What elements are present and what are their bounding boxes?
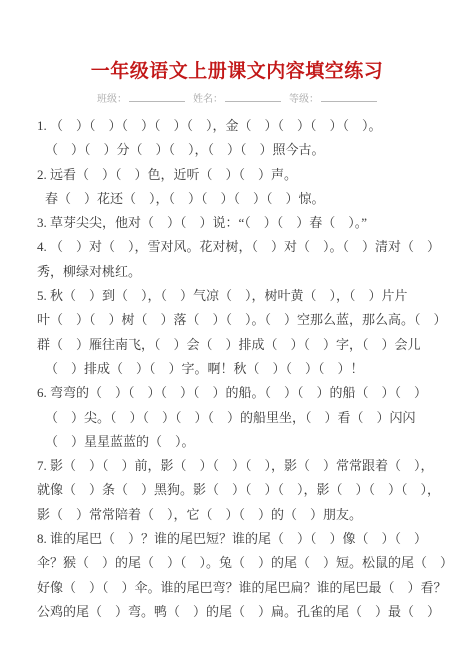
worksheet-title: 一年级语文上册课文内容填空练习 — [0, 0, 474, 83]
worksheet-line: 秀，柳绿对桃红。 — [37, 260, 450, 284]
worksheet-line: 伞？猴（ ）的尾（ ）（ ）。兔（ ）的尾（ ）短。松鼠的尾（ ） — [37, 551, 450, 575]
worksheet-line: 就像（ ）条（ ）黑狗。影（ ）（ ）（ ），影（ ）（ ）（ ）， — [37, 478, 450, 502]
worksheet-line: （ ）（ ）分（ ）（ ），（ ）（ ）照今古。 — [37, 138, 450, 162]
worksheet-body: 1. （ ）（ ）（ ）（ ）（ ），金（ ）（ ）（ ）（ ）。 （ ）（ ）… — [0, 105, 474, 624]
worksheet-line: （ ）排成（ ）（ ）字。啊！秋（ ）（ ）（ ）！ — [37, 357, 450, 381]
worksheet-line: 2. 远看（ ）（ ）色，近听（ ）（ ）声。 — [37, 163, 450, 187]
worksheet-line: 群（ ）雁往南飞，（ ）会（ ）排成（ ）（ ）字，（ ）会儿 — [37, 333, 450, 357]
worksheet-line: 好像（ ）（ ）伞。谁的尾巴弯？谁的尾巴扁？谁的尾巴最（ ）看？ — [37, 576, 450, 600]
worksheet-line: 5. 秋（ ）到（ ），（ ）气凉（ ），树叶黄（ ），（ ）片片 — [37, 284, 450, 308]
worksheet-line: 7. 影（ ）（ ）前，影（ ）（ ）（ ），影（ ）常常跟着（ ）， — [37, 454, 450, 478]
worksheet-line: （ ）星星蓝蓝的（ ）。 — [37, 430, 450, 454]
worksheet-line: 公鸡的尾（ ）弯。鸭（ ）的尾（ ）扁。孔雀的尾（ ）最（ ） — [37, 600, 450, 624]
worksheet-line: 影（ ）常常陪着（ ），它（ ）（ ）的（ ）朋友。 — [37, 503, 450, 527]
name-field-label: 姓名： — [193, 94, 223, 105]
header-fields: 班级：姓名：等级： — [0, 90, 474, 105]
worksheet-line: 8. 谁的尾巴（ ）？谁的尾巴短？谁的尾（ ）（ ）像（ ）（ ） — [37, 527, 450, 551]
worksheet-line: （ ）尖。（ ）（ ）（ ）（ ）的船里坐，（ ）看（ ）闪闪 — [37, 406, 450, 430]
worksheet-line: 6. 弯弯的（ ）（ ）（ ）（ ）的船。（ ）（ ）的船（ ）（ ） — [37, 381, 450, 405]
worksheet-page: 一年级语文上册课文内容填空练习 班级：姓名：等级： 1. （ ）（ ）（ ）（ … — [0, 0, 474, 670]
worksheet-line: 1. （ ）（ ）（ ）（ ）（ ），金（ ）（ ）（ ）（ ）。 — [37, 114, 450, 138]
name-field-blank — [225, 92, 281, 102]
grade-field-blank — [321, 92, 377, 102]
class-field-blank — [129, 92, 185, 102]
grade-field-label: 等级： — [289, 94, 319, 105]
worksheet-line: 3. 草芽尖尖，他对（ ）（ ）说：“（ ）（ ）春（ ）。” — [37, 211, 450, 235]
class-field-label: 班级： — [97, 94, 127, 105]
worksheet-line: 4. （ ）对（ ），雪对风。花对树，（ ）对（ ）。（ ）清对（ ） — [37, 235, 450, 259]
worksheet-line: 叶（ ）（ ）树（ ）落（ ）（ ）。（ ）空那么蓝，那么高。（ ） — [37, 308, 450, 332]
worksheet-line: 春（ ）花还（ ），（ ）（ ）（ ）（ ）惊。 — [37, 187, 450, 211]
